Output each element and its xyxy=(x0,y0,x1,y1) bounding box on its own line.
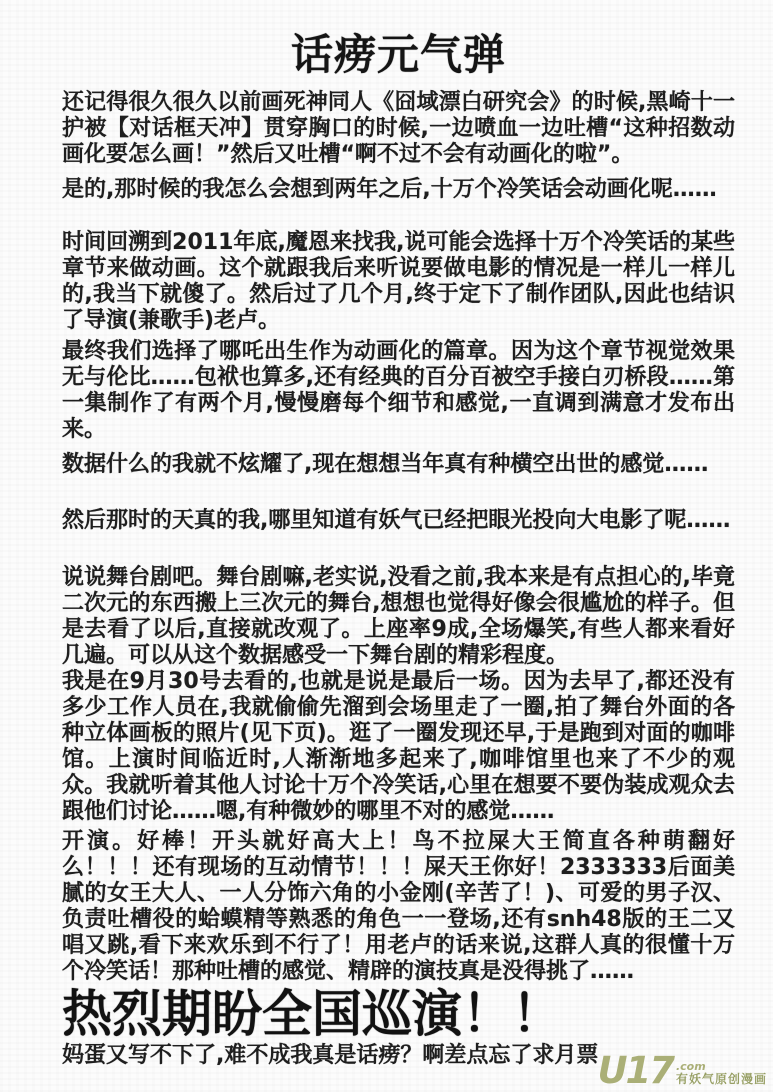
text-column: 话痨元气弹 还记得很久很久以前画死神同人《囧域漂白研究会》的时候,黑崎十一护被【… xyxy=(0,34,773,1069)
paragraph: 是的,那时候的我怎么会想到两年之后,十万个冷笑话会动画化呢…… xyxy=(62,177,735,203)
paragraph: 然后那时的天真的我,哪里知道有妖气已经把眼光投向大电影了呢…… xyxy=(62,508,735,534)
paragraph: 数据什么的我就不炫耀了,现在想想当年真有种横空出世的感觉…… xyxy=(62,452,735,478)
paragraph: 还记得很久很久以前画死神同人《囧域漂白研究会》的时候,黑崎十一护被【对话框天冲】… xyxy=(62,90,735,168)
u17-tagline-text: 有妖气原创漫画 xyxy=(676,1072,767,1086)
paragraph: 开演。好棒！开头就好高大上！鸟不拉屎大王简直各种萌翻好么！！！还有现场的互动情节… xyxy=(62,829,735,985)
paragraph: 最终我们选择了哪吒出生作为动画化的篇章。因为这个章节视觉效果无与伦比……包袱也算… xyxy=(62,339,735,443)
u17-domain-text: .com xyxy=(676,1061,767,1072)
paragraph: 我是在9月30号去看的,也就是说是最后一场。因为去早了,都还没有多少工作人员在,… xyxy=(62,669,735,825)
page-title: 话痨元气弹 xyxy=(62,34,735,76)
u17-logo-text: U17 xyxy=(597,1056,673,1086)
u17-watermark: U17 .com 有妖气原创漫画 xyxy=(597,1056,767,1086)
u17-watermark-right: .com 有妖气原创漫画 xyxy=(676,1061,767,1086)
scanned-afterword-page: 话痨元气弹 还记得很久很久以前画死神同人《囧域漂白研究会》的时候,黑崎十一护被【… xyxy=(0,0,773,1092)
paragraph: 说说舞台剧吧。舞台剧嘛,老实说,没看之前,我本来是有点担心的,毕竟二次元的东西搬… xyxy=(62,565,735,669)
big-announcement: 热烈期盼全国巡演！！ xyxy=(62,987,735,1041)
paragraph: 时间回溯到2011年底,魔恩来找我,说可能会选择十万个冷笑话的某些章节来做动画。… xyxy=(62,230,735,334)
